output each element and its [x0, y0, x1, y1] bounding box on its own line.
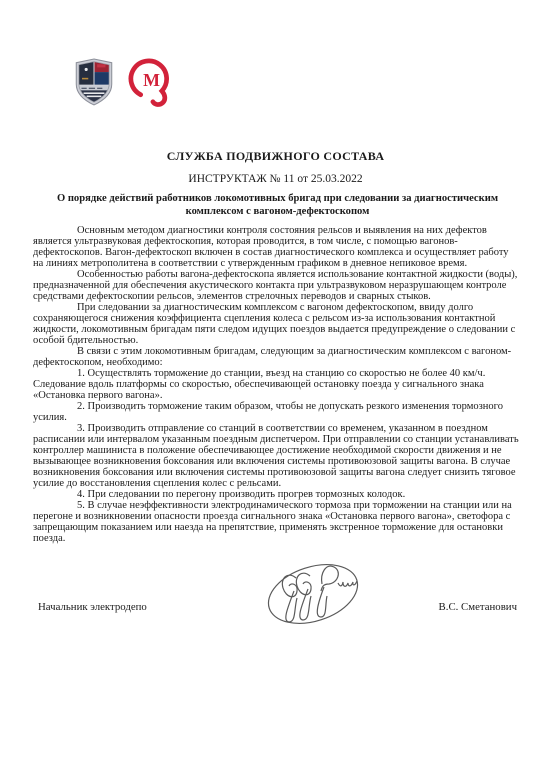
document-title: СЛУЖБА ПОДВИЖНОГО СОСТАВА: [0, 149, 551, 164]
paragraph-warning: При следовании за диагностическим компле…: [33, 302, 519, 346]
metro-logo-icon: М: [128, 58, 175, 107]
list-item-1: 1. Осуществлять торможение до станции, в…: [33, 368, 519, 401]
header-logos: М: [74, 58, 175, 107]
list-item-5: 5. В случае неэффективности электродинам…: [33, 500, 519, 544]
instruction-number: ИНСТРУКТАЖ № 11 от 25.03.2022: [0, 173, 551, 185]
signature-position-label: Начальник электродепо: [38, 601, 147, 613]
signature-row: Начальник электродепо В.С. Сметанович: [38, 601, 517, 613]
document-body: Основным методом диагностики контроля со…: [33, 225, 519, 544]
paragraph-contact-liquid: Особенностью работы вагона-дефектоскопа …: [33, 269, 519, 302]
svg-text:М: М: [143, 70, 160, 90]
instruction-document-page: М СЛУЖБА ПОДВИЖНОГО СОСТАВА ИНСТРУКТАЖ №…: [0, 0, 551, 781]
list-item-2: 2. Производить торможение таким образом,…: [33, 401, 519, 423]
document-heading: О порядке действий работников локомотивн…: [40, 193, 515, 218]
title-block: СЛУЖБА ПОДВИЖНОГО СОСТАВА ИНСТРУКТАЖ № 1…: [0, 149, 551, 185]
list-item-3: 3. Производить отправление со станций в …: [33, 423, 519, 489]
depot-crest-icon: [74, 58, 114, 106]
list-item-4: 4. При следовании по перегону производит…: [33, 489, 519, 500]
paragraph-intro: Основным методом диагностики контроля со…: [33, 225, 519, 269]
paragraph-requirements-lead: В связи с этим локомотивным бригадам, сл…: [33, 346, 519, 368]
signature-name: В.С. Сметанович: [439, 601, 517, 613]
handwritten-signature: [250, 551, 380, 641]
